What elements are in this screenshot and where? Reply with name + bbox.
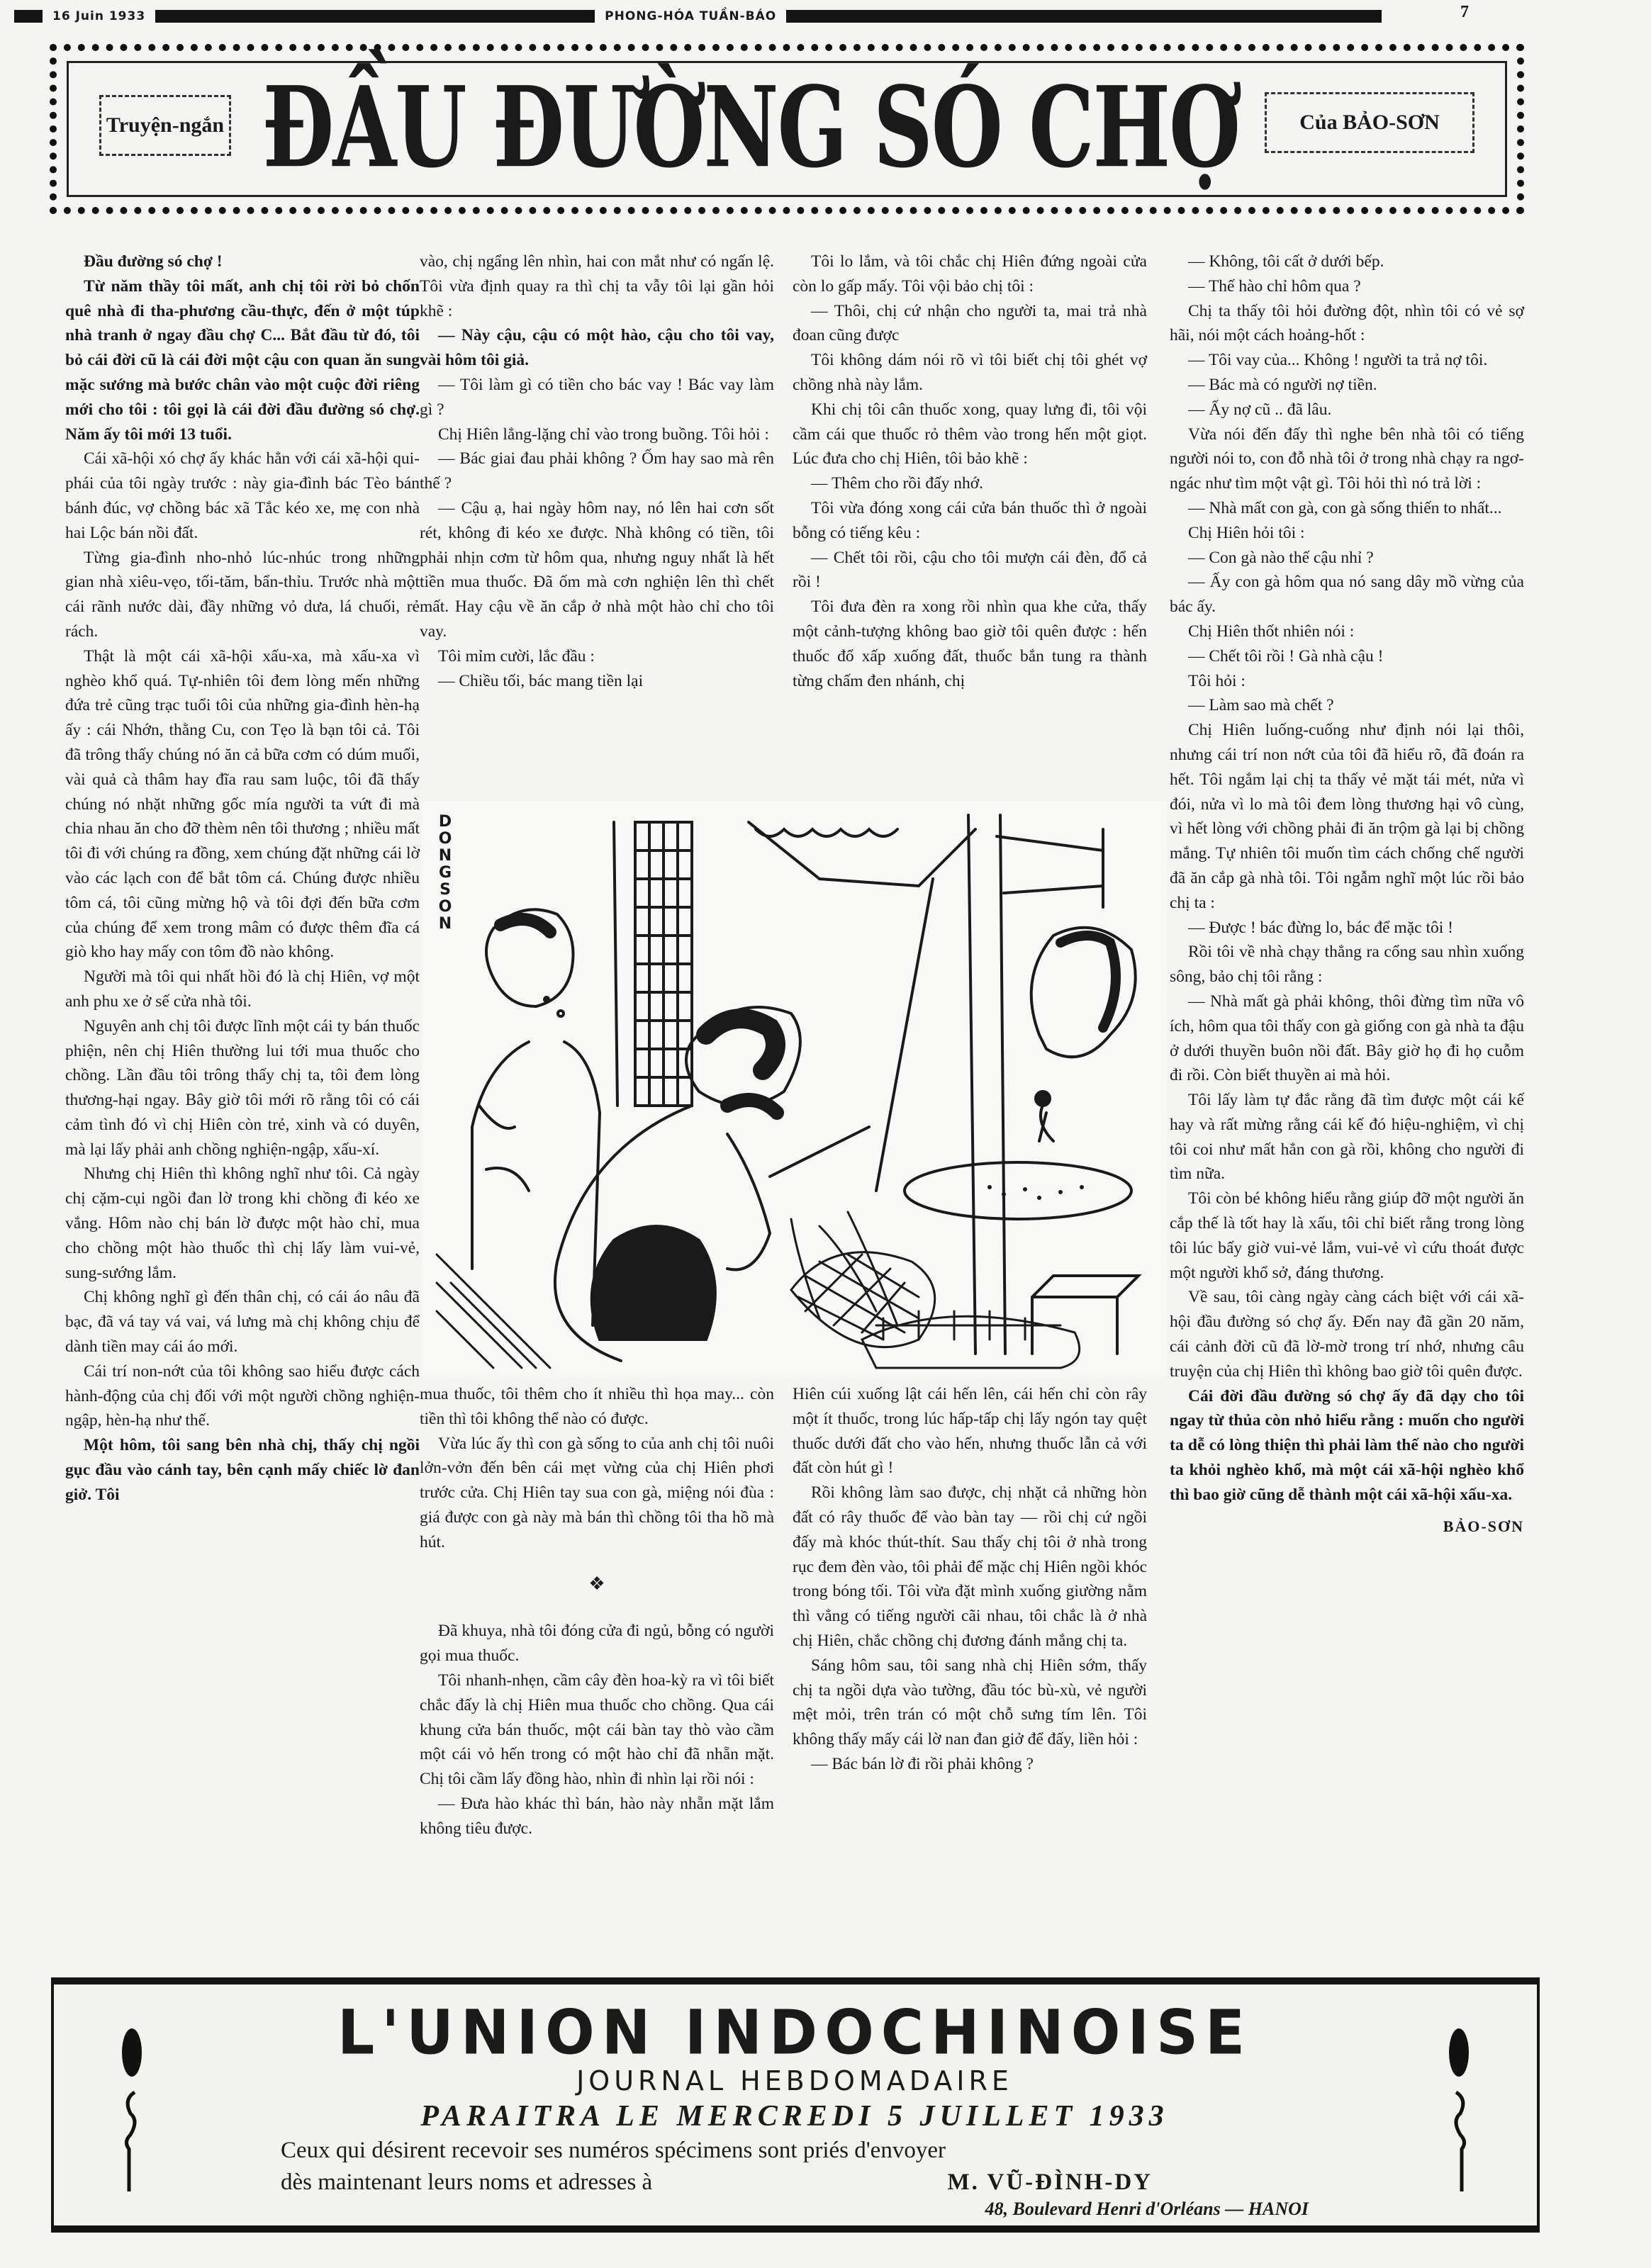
paragraph: Tôi lấy làm tự đắc rằng đã tìm được một … xyxy=(1170,1088,1524,1186)
paragraph: Cái xã-hội xó chợ ấy khác hẳn với cái xã… xyxy=(65,447,420,545)
paragraph: Nguyên anh chị tôi được lĩnh một cái ty … xyxy=(65,1014,420,1162)
author-signature: BẢO-SƠN xyxy=(1170,1515,1524,1539)
paragraph: Thật là một cái xã-hội xấu-xa, mà xấu-xa… xyxy=(65,644,420,965)
ad-body-line-2: dès maintenant leurs noms et adresses à … xyxy=(281,2168,1309,2197)
advertisement-box: L'UNION INDOCHINOISE JOURNAL HEBDOMADAIR… xyxy=(51,1977,1540,2233)
dialogue-line: — Này cậu, cậu có một hào, cậu cho tôi v… xyxy=(420,323,774,373)
paragraph: Tôi hỏi : xyxy=(1170,669,1524,694)
masthead-rule xyxy=(155,10,595,23)
author-byline: Của BẢO-SƠN xyxy=(1265,92,1474,153)
paragraph: Tôi đưa đèn ra xong rồi nhìn qua khe cửa… xyxy=(793,595,1147,693)
paragraph: Chị không nghĩ gì đến thân chị, có cái á… xyxy=(65,1285,420,1359)
paragraph: Đã khuya, nhà tôi đóng cửa đi ngủ, bỗng … xyxy=(420,1619,774,1668)
advertisement-content: L'UNION INDOCHINOISE JOURNAL HEBDOMADAIR… xyxy=(281,2004,1309,2220)
lattice-window-icon xyxy=(614,822,692,1106)
rubric-label: Truyện-ngắn xyxy=(99,95,231,156)
dialogue-line: — Chiều tối, bác mang tiền lại xyxy=(420,669,774,694)
paragraph: Tôi mỉm cười, lắc đầu : xyxy=(420,644,774,669)
issue-date: 16 Juin 1933 xyxy=(52,9,145,23)
paragraph: Tôi vừa đóng xong cái cửa bán thuốc thì … xyxy=(793,496,1147,546)
ornament-icon xyxy=(118,2024,146,2194)
dialogue-line: — Tôi làm gì có tiền cho bác vay ! Bác v… xyxy=(420,373,774,422)
boy-figure-icon xyxy=(472,909,600,1325)
article-column-3-continued: Hiên cúi xuống lật cái hến lên, cái hến … xyxy=(793,1382,1147,1777)
dialogue-line: — Cậu ạ, hai ngày hôm nay, nó lên hai cơ… xyxy=(420,496,774,644)
paragraph: Sáng hôm sau, tôi sang nhà chị Hiên sớm,… xyxy=(793,1654,1147,1752)
dialogue-line: — Làm sao mà chết ? xyxy=(1170,693,1524,718)
ad-subtitle: JOURNAL HEBDOMADAIRE xyxy=(281,2067,1309,2096)
dialogue-line: — Đưa hào khác thì bán, hào này nhẵn mặt… xyxy=(420,1792,774,1841)
paragraph: Người mà tôi qui nhất hồi đó là chị Hiên… xyxy=(65,965,420,1014)
paragraph: Tôi lo lắm, và tôi chắc chị Hiên đứng ng… xyxy=(793,249,1147,299)
paragraph: Đầu đường só chợ ! xyxy=(65,249,420,274)
article-column-1: Đầu đường só chợ ! Từ năm thầy tôi mất, … xyxy=(65,249,420,1508)
dialogue-line: — Nhà mất gà phải không, thôi đừng tìm n… xyxy=(1170,989,1524,1088)
paragraph: Chị Hiên hỏi tôi : xyxy=(1170,521,1524,546)
paragraph: Chị Hiên lẳng-lặng chỉ vào trong buồng. … xyxy=(420,422,774,447)
masthead-rule xyxy=(14,10,43,23)
ad-contact-name: M. VŨ-ĐÌNH-DY xyxy=(947,2168,1153,2197)
paragraph: Chị ta thấy tôi hỏi đường đột, nhìn tôi … xyxy=(1170,299,1524,349)
dialogue-line: — Bác giai đau phải không ? Ốm hay sao m… xyxy=(420,447,774,496)
ad-announcement: PARAITRA LE MERCREDI 5 JUILLET 1933 xyxy=(281,2099,1309,2133)
dialogue-line: — Con gà nào thế cậu nhỉ ? xyxy=(1170,546,1524,571)
dialogue-line: — Không, tôi cất ở dưới bếp. xyxy=(1170,249,1524,274)
paragraph: Hiên cúi xuống lật cái hến lên, cái hến … xyxy=(793,1382,1147,1481)
dialogue-line: — Bác mà có người nợ tiền. xyxy=(1170,373,1524,398)
ad-address: 48, Boulevard Henri d'Orléans — HANOI xyxy=(281,2199,1309,2220)
story-title: ĐẦU ĐƯỜNG SÓ CHỢ xyxy=(262,72,1255,184)
article-column-3: Tôi lo lắm, và tôi chắc chị Hiên đứng ng… xyxy=(793,249,1147,693)
masthead: 16 Juin 1933 PHONG-HÓA TUẦN-BÁO xyxy=(14,6,1432,27)
ad-title: L'UNION INDOCHINOISE xyxy=(281,2003,1309,2064)
article-column-2: vào, chị ngẩng lên nhìn, hai con mắt như… xyxy=(420,249,774,693)
dialogue-line: — Thêm cho rồi đấy nhớ. xyxy=(793,471,1147,496)
paragraph: Từ năm thầy tôi mất, anh chị tôi rời bỏ … xyxy=(65,274,420,447)
ornament-icon xyxy=(1445,2024,1473,2194)
dialogue-line: — Nhà mất con gà, con gà sống thiến to n… xyxy=(1170,496,1524,521)
paragraph: Về sau, tôi càng ngày càng cách biệt với… xyxy=(1170,1285,1524,1383)
dialogue-line: — Tôi vay của... Không ! người ta trả nợ… xyxy=(1170,348,1524,373)
page-number: 7 xyxy=(1460,3,1469,22)
paragraph: Chị Hiên luống-cuống như định nói lại th… xyxy=(1170,718,1524,915)
dialogue-line: — Ấy con gà hôm qua nó sang dây mồ vừng … xyxy=(1170,570,1524,619)
dialogue-line: — Ấy nợ cũ .. đã lâu. xyxy=(1170,398,1524,422)
paragraph: Tôi nhanh-nhẹn, cầm cây đèn hoa-kỳ ra vì… xyxy=(420,1668,774,1792)
story-title-box: Truyện-ngắn ĐẦU ĐƯỜNG SÓ CHỢ Của BẢO-SƠN xyxy=(50,44,1524,214)
paragraph: Chị Hiên thốt nhiên nói : xyxy=(1170,619,1524,644)
paragraph: Khi chị tôi cân thuốc xong, quay lưng đi… xyxy=(793,398,1147,471)
paragraph: Vừa nói đến đấy thì nghe bên nhà tôi có … xyxy=(1170,422,1524,496)
artist-signature: DONG SON xyxy=(437,814,454,933)
publication-name: PHONG-HÓA TUẦN-BÁO xyxy=(605,9,776,23)
paragraph: Tôi còn bé không hiểu rằng giúp đỡ một n… xyxy=(1170,1186,1524,1285)
paragraph: Cái đời đầu đường só chợ ấy đã dạy cho t… xyxy=(1170,1384,1524,1508)
paragraph: Một hôm, tôi sang bên nhà chị, thấy chị … xyxy=(65,1433,420,1507)
paragraph: Cái trí non-nớt của tôi không sao hiểu đ… xyxy=(65,1359,420,1433)
article-column-2-continued: mua thuốc, tôi thêm cho ít nhiều thì họa… xyxy=(420,1382,774,1841)
dialogue-line: — Chết tôi rồi ! Gà nhà cậu ! xyxy=(1170,644,1524,669)
article-column-4: — Không, tôi cất ở dưới bếp. — Thế hào c… xyxy=(1170,249,1524,1539)
paragraph: Nhưng chị Hiên thì không nghĩ như tôi. C… xyxy=(65,1162,420,1285)
dialogue-line: — Bác bán lờ đi rồi phải không ? xyxy=(793,1752,1147,1777)
dialogue-line: — Thế hào chỉ hôm qua ? xyxy=(1170,274,1524,299)
rooster-icon xyxy=(1031,928,1136,1141)
illustration-drawing xyxy=(422,801,1167,1375)
paragraph: mua thuốc, tôi thêm cho ít nhiều thì họa… xyxy=(420,1382,774,1432)
paragraph: Rồi tôi về nhà chạy thẳng ra cổng sau nh… xyxy=(1170,940,1524,989)
paragraph: vào, chị ngẩng lên nhìn, hai con mắt như… xyxy=(420,249,774,323)
dialogue-line: — Thôi, chị cứ nhận cho người ta, mai tr… xyxy=(793,299,1147,349)
masthead-rule xyxy=(786,10,1382,23)
paragraph: Vừa lúc ấy thì con gà sống to của anh ch… xyxy=(420,1432,774,1555)
paragraph: Rồi không làm sao được, chị nhặt cả nhữn… xyxy=(793,1481,1147,1654)
story-illustration: DONG SON xyxy=(422,801,1167,1375)
ad-body-text: dès maintenant leurs noms et adresses à xyxy=(281,2168,652,2197)
ad-body-line-1: Ceux qui désirent recevoir ses numéros s… xyxy=(281,2136,1309,2165)
paragraph: Từng gia-đình nho-nhỏ lúc-nhúc trong nhữ… xyxy=(65,546,420,644)
section-break-ornament-icon: ❖ xyxy=(420,1572,774,1597)
fish-trap-icon xyxy=(791,1212,1080,1368)
paragraph: Tôi không dám nói rõ vì tôi biết chị tôi… xyxy=(793,348,1147,398)
dialogue-line: — Chết tôi rồi, cậu cho tôi mượn cái đèn… xyxy=(793,546,1147,595)
dialogue-line: — Được ! bác đừng lo, bác để mặc tôi ! xyxy=(1170,916,1524,941)
